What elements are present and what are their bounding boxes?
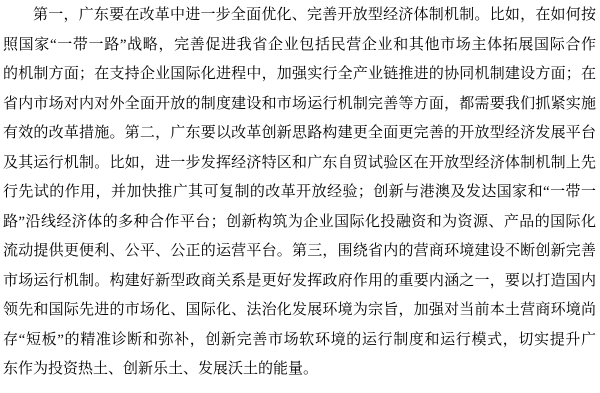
- paragraph: 第一，广东要在改革中进一步全面优化、完善开放型经济体制机制。比如，在如何按 照国…: [3, 1, 596, 385]
- text-line: 省内市场对内对外全面开放的制度建设和市场运行机制完善等方面，都需要我们抓紧实施: [3, 90, 596, 120]
- text-line: 照国家“一带一路”战略，完善促进我省企业包括民营企业和其他市场主体拓展国际合作: [3, 31, 596, 61]
- text-line: 流动提供更便利、公平、公正的运营平台。第三，围绕省内的营商环境建设不断创新完善: [3, 237, 596, 267]
- text-line: 存“短板”的精准诊断和弥补，创新完善市场软环境的运行制度和运行模式，切实提升广: [3, 326, 596, 356]
- document-page: 第一，广东要在改革中进一步全面优化、完善开放型经济体制机制。比如，在如何按 照国…: [0, 0, 600, 393]
- text-line: 有效的改革措施。第二，广东要以改革创新思路构建更全面更完善的开放型经济发展平台: [3, 119, 596, 149]
- text-line: 第一，广东要在改革中进一步全面优化、完善开放型经济体制机制。比如，在如何按: [3, 1, 596, 31]
- text-line: 及其运行机制。比如，进一步发挥经济特区和广东自贸试验区在开放型经济体制机制上先: [3, 149, 596, 179]
- text-line: 领先和国际先进的市场化、国际化、法治化发展环境为宗旨，加强对当前本土营商环境尚: [3, 296, 596, 326]
- text-line: 路”沿线经济体的多种合作平台；创新构筑为企业国际化投融资和为资源、产品的国际化: [3, 208, 596, 238]
- text-line: 市场运行机制。构建好新型政商关系是更好发挥政府作用的重要内涵之一，要以打造国内: [3, 267, 596, 297]
- text-line: 东作为投资热土、创新乐土、发展沃土的能量。: [3, 355, 596, 385]
- text-line: 的机制方面；在支持企业国际化进程中，加强实行全产业链推进的协同机制建设方面；在: [3, 60, 596, 90]
- text-line: 行先试的作用，并加快推广其可复制的改革开放经验；创新与港澳及发达国家和“一带一: [3, 178, 596, 208]
